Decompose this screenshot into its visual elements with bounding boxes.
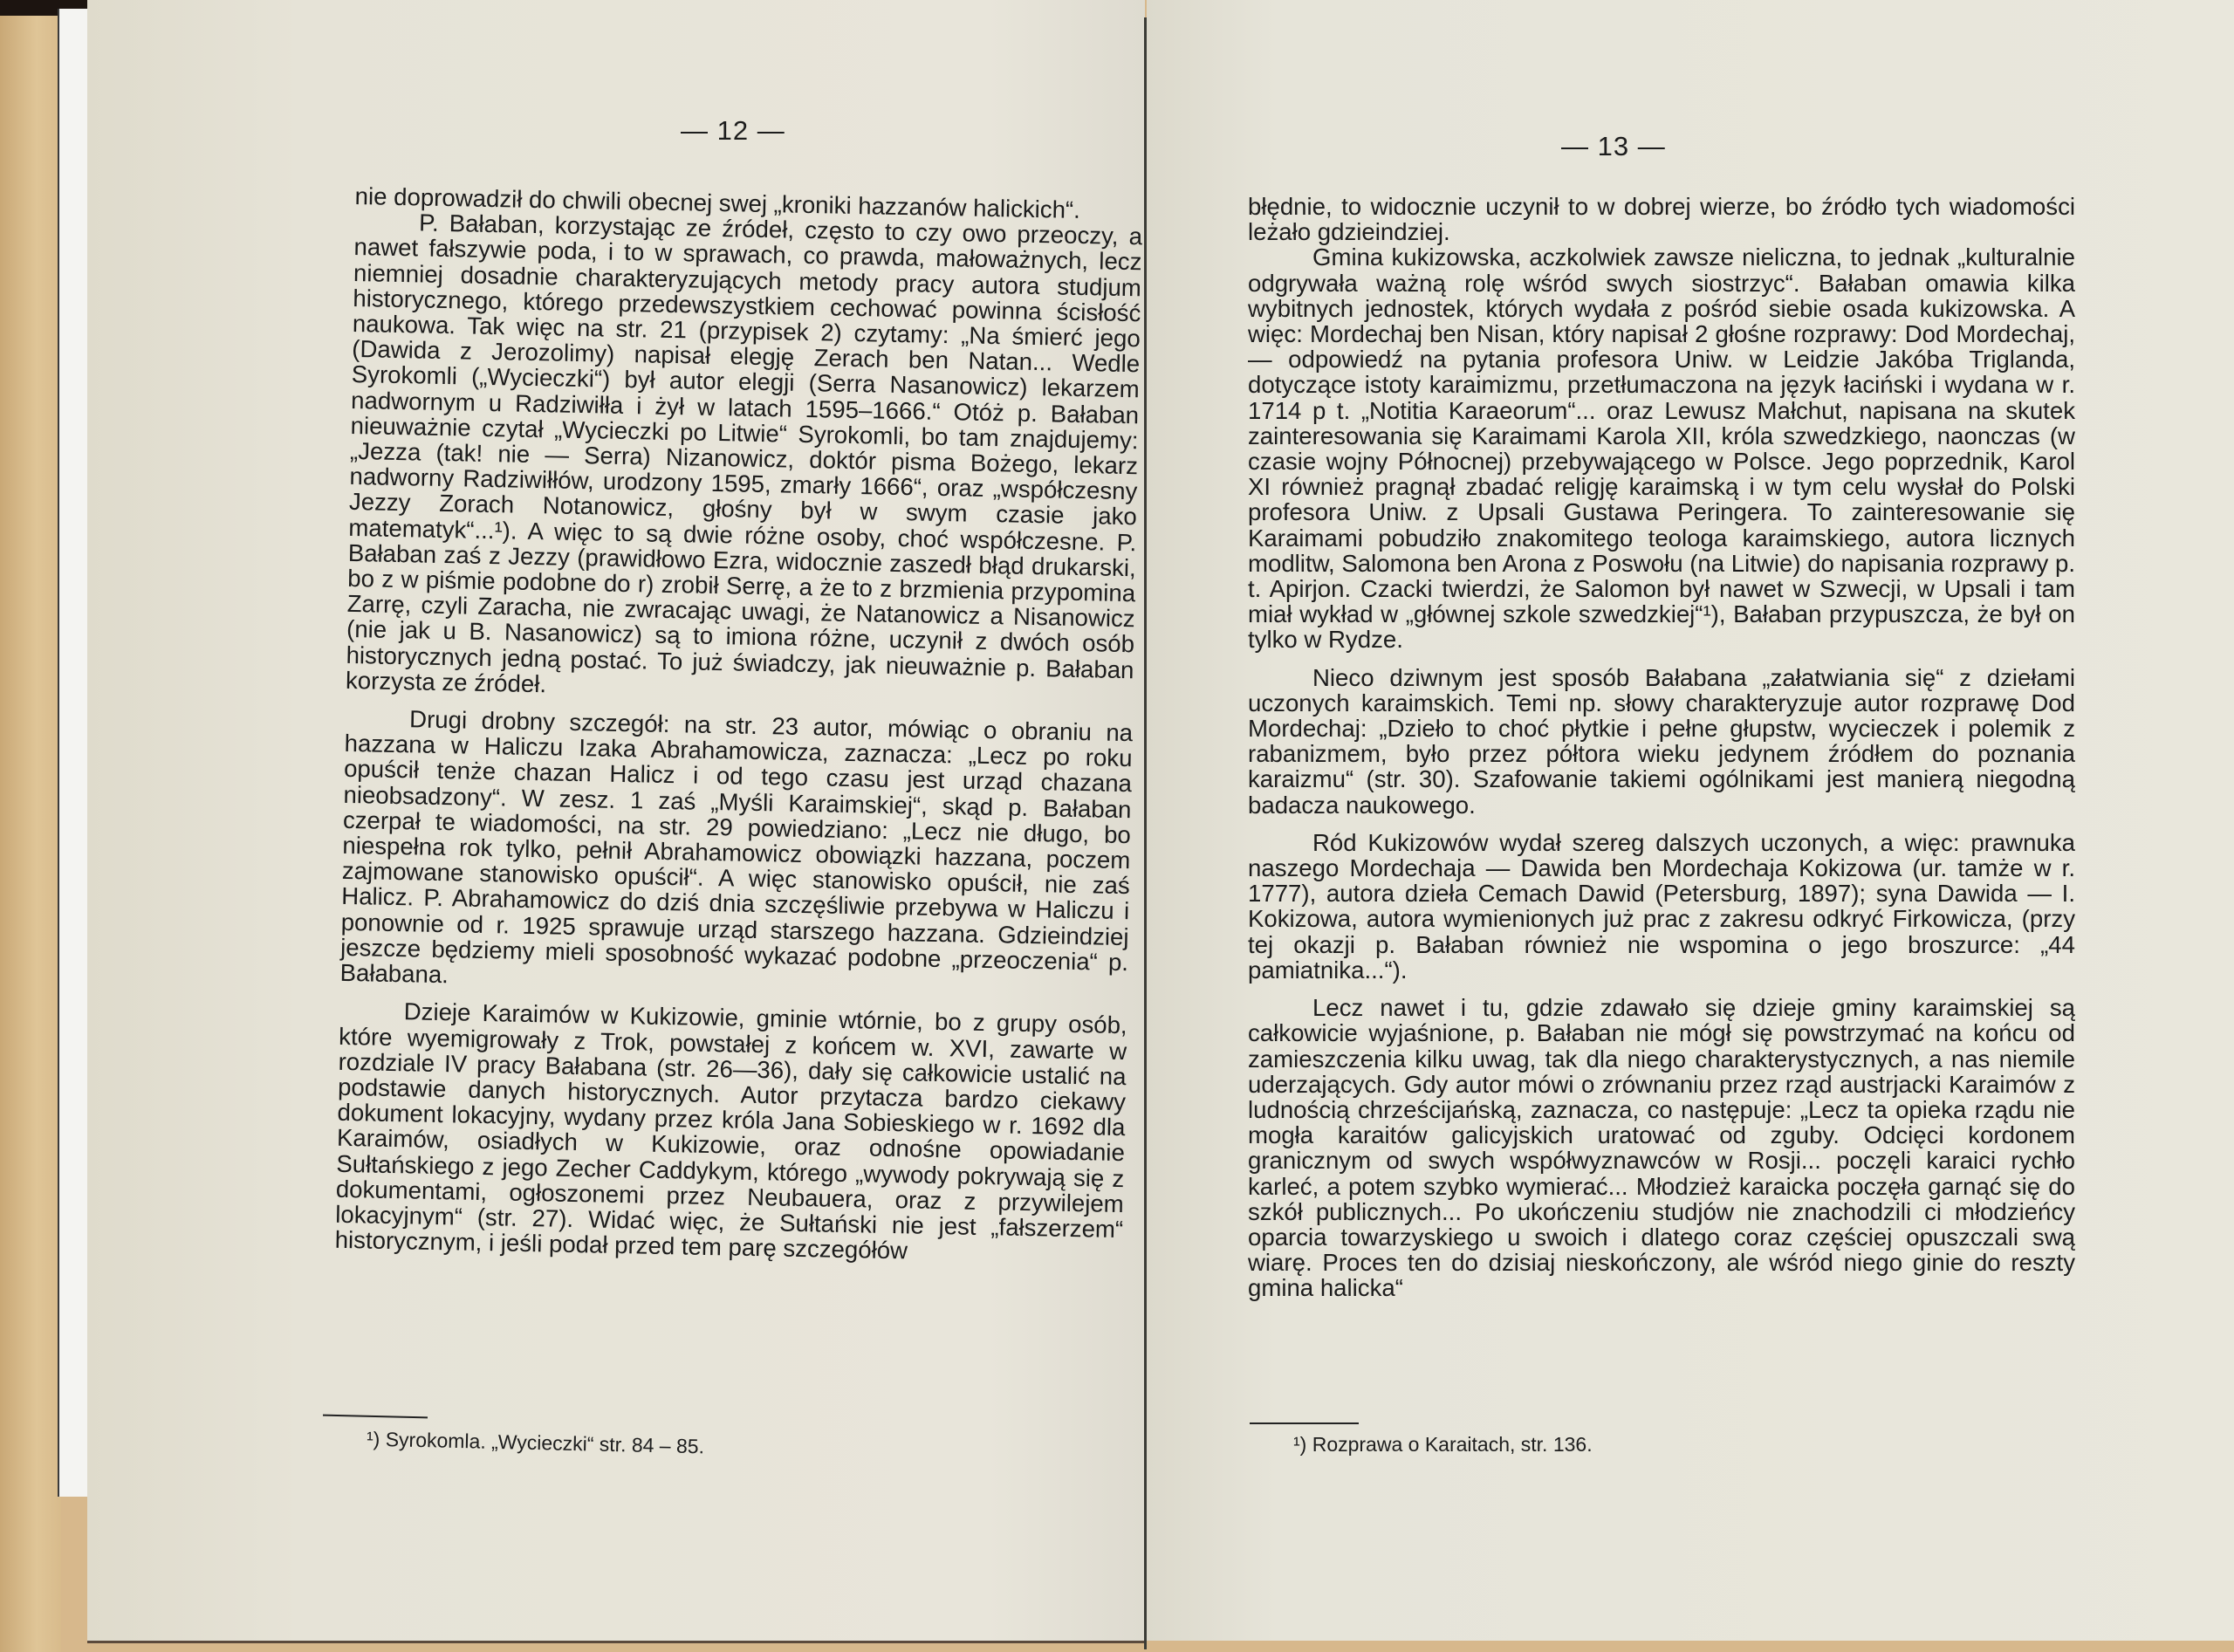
paragraph: błędnie, to widocznie uczynił to w dobre… bbox=[1248, 194, 2075, 244]
page-body-text: błędnie, to widocznie uczynił to w dobre… bbox=[1248, 194, 2075, 1301]
paragraph: Nieco dziwnym jest sposób Bałabana „zała… bbox=[1248, 665, 2075, 818]
footnote: ¹) Syrokomla. „Wycieczki“ str. 84 – 85. bbox=[367, 1428, 705, 1459]
book-cover-edge bbox=[0, 0, 61, 1652]
paragraph: Lecz nawet i tu, gdzie zdawało się dziej… bbox=[1248, 995, 2075, 1300]
footnote-divider bbox=[323, 1415, 428, 1419]
paragraph: Gmina kukizowska, aczkolwiek zawsze niel… bbox=[1248, 244, 2075, 652]
page-stack-edge bbox=[58, 9, 90, 1497]
page-number: — 13 — bbox=[1561, 131, 1666, 162]
paragraph: Ród Kukizowów wydał szereg dalszych uczo… bbox=[1248, 830, 2075, 983]
paragraph: P. Bałaban, korzystając ze źródeł, częst… bbox=[346, 209, 1142, 708]
left-page: — 12 — nie doprowadził do chwili obecnej… bbox=[87, 0, 1145, 1643]
paragraph: Dzieje Karaimów w Kukizowie, gminie wtór… bbox=[334, 997, 1127, 1267]
footnote-divider bbox=[1250, 1422, 1359, 1424]
page-body-text: nie doprowadził do chwili obecnej swej „… bbox=[334, 183, 1142, 1267]
page-number: — 12 — bbox=[681, 115, 785, 147]
paragraph: Drugi drobny szczegół: na str. 23 autor,… bbox=[339, 705, 1133, 1001]
right-page: — 13 — błędnie, to widocznie uczynił to … bbox=[1147, 0, 2234, 1641]
footnote: ¹) Rozprawa o Karaitach, str. 136. bbox=[1293, 1433, 1593, 1457]
